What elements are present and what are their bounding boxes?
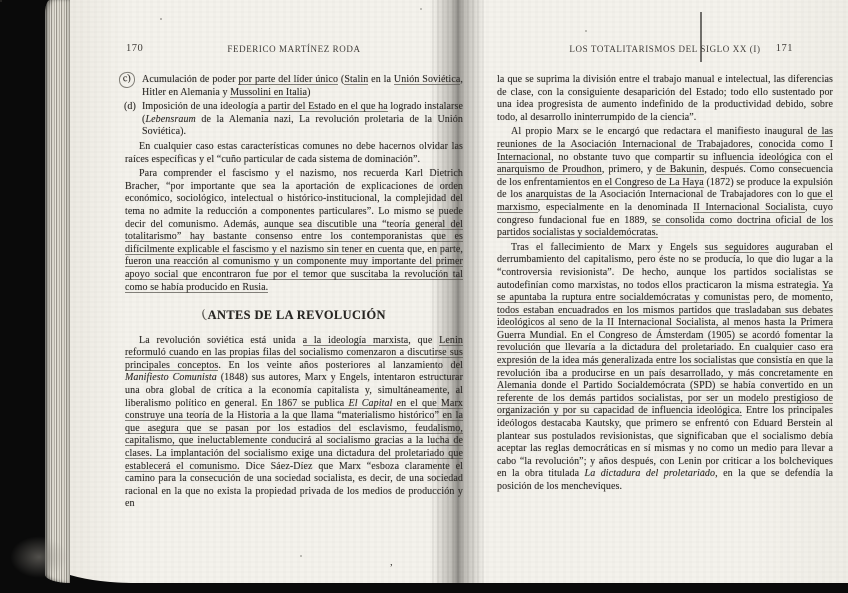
pencil-underlined-text: Mussolini en Italia — [230, 87, 307, 98]
pencil-underlined-text: todos estaban encuadrados en los mismos … — [497, 305, 833, 417]
scanned-book-photo: { "scan": { "colors": { "background": "#… — [0, 0, 848, 593]
item-marker: (d) — [124, 101, 136, 114]
body-text: Al propio Marx se le encargó que redacta… — [511, 126, 808, 137]
body-text: Tras el fallecimiento de Marx y Engels — [511, 242, 705, 253]
pencil-underlined-text: En 1867 se publica — [261, 398, 348, 409]
body-text: en la — [368, 74, 394, 85]
body-text: con el — [801, 152, 833, 163]
left-page-body: c)Acumulación de poder por parte del líd… — [125, 74, 463, 511]
pencil-underlined-text: de Bakunin — [656, 164, 704, 175]
paragraph: En cualquier caso estas características … — [125, 141, 463, 166]
left-running-header: 170 FEDERICO MARTÍNEZ RODA — [125, 44, 463, 57]
right-page-number: 171 — [776, 43, 793, 54]
body-text: ) — [307, 87, 310, 98]
list-block: c)Acumulación de poder por parte del líd… — [125, 74, 463, 139]
pencil-underlined-text: El Capital — [349, 398, 393, 409]
body-text: , no obstante tuvo que compartir su — [551, 152, 713, 163]
pencil-underlined-text: Unión Soviética — [394, 74, 460, 85]
left-page: 170 FEDERICO MARTÍNEZ RODA c)Acumulación… — [125, 44, 463, 513]
paragraph: Al propio Marx se le encargó que redacta… — [497, 126, 833, 239]
page-edge-stack — [45, 0, 70, 583]
pencil-underlined-text: sus seguidores — [705, 242, 769, 253]
body-text: En cualquier caso estas características … — [125, 141, 463, 165]
body-text: Acumulación de poder — [142, 74, 238, 85]
paragraph-group: En cualquier caso estas características … — [125, 141, 463, 294]
pencil-mark: ( — [201, 308, 208, 321]
pencil-underlined-text: Stalin — [344, 74, 368, 85]
body-text: que, en parte, — [404, 244, 463, 255]
body-text: Imposición de una ideología — [142, 101, 261, 112]
section-heading: (ANTES DE LA REVOLUCIÓN — [125, 309, 463, 322]
stray-mark: , — [390, 556, 393, 568]
body-text: , — [750, 139, 758, 150]
body-text: , especialmente en la denominada — [538, 202, 693, 213]
body-text: Asociación Internacional de Trabajadores… — [597, 189, 808, 200]
body-text: pero, de momento, — [750, 292, 834, 303]
pencil-underlined-text: a partir del Estado en el que ha — [261, 101, 388, 112]
pencil-underlined-text: en el Congreso de La Haya — [593, 177, 704, 188]
paragraph: la que se suprima la división entre el t… — [497, 74, 833, 124]
right-page: LOS TOTALITARISMOS DEL SIGLO XX (I) 171 … — [497, 44, 833, 496]
left-running-title: FEDERICO MARTÍNEZ RODA — [125, 44, 463, 54]
italic-text: La dictadura del proletariado — [585, 468, 716, 479]
list-item: (d)Imposición de una ideología a partir … — [125, 101, 463, 139]
list-item: c)Acumulación de poder por parte del líd… — [125, 74, 463, 99]
pencil-underlined-text: influencia ideológica — [713, 152, 801, 163]
paragraph-group: La revolución soviética está unida a la … — [125, 335, 463, 511]
italic-text: Lebensraum — [145, 114, 195, 125]
pencil-underlined-text: fueron una reacción al comunismo y un co… — [125, 256, 463, 292]
paragraph-group: la que se suprima la división entre el t… — [497, 74, 833, 494]
body-text: La revolución soviética está unida — [139, 335, 303, 346]
circled-item-marker: c) — [118, 71, 136, 88]
body-text: la que se suprima la división entre el t… — [497, 74, 833, 123]
pencil-underlined-text: anarquismo de Proudhon — [497, 164, 602, 175]
section-heading-text: ANTES DE LA REVOLUCIÓN — [208, 308, 386, 322]
right-page-body: la que se suprima la división entre el t… — [497, 74, 833, 494]
shadow-blob — [10, 536, 68, 578]
pencil-underlined-text: anarquistas de la — [526, 189, 597, 200]
paragraph: La revolución soviética está unida a la … — [125, 335, 463, 511]
pencil-underlined-text: a la ideología marxista — [303, 335, 409, 346]
body-text: . En los veinte años posteriores al lanz… — [218, 360, 463, 371]
pencil-underlined-text: II Internacional Socialista — [693, 202, 805, 213]
scan-speckles — [0, 0, 2, 2]
paragraph: Para comprender el fascismo y el nazismo… — [125, 168, 463, 294]
right-running-header: LOS TOTALITARISMOS DEL SIGLO XX (I) 171 — [497, 44, 833, 57]
paragraph: Tras el fallecimiento de Marx y Engels s… — [497, 242, 833, 494]
body-text: , primero, y — [602, 164, 656, 175]
body-text: , que — [408, 335, 439, 346]
italic-text: Manifiesto Comunista — [125, 372, 217, 383]
pencil-underlined-text: por parte del líder único — [238, 74, 338, 85]
